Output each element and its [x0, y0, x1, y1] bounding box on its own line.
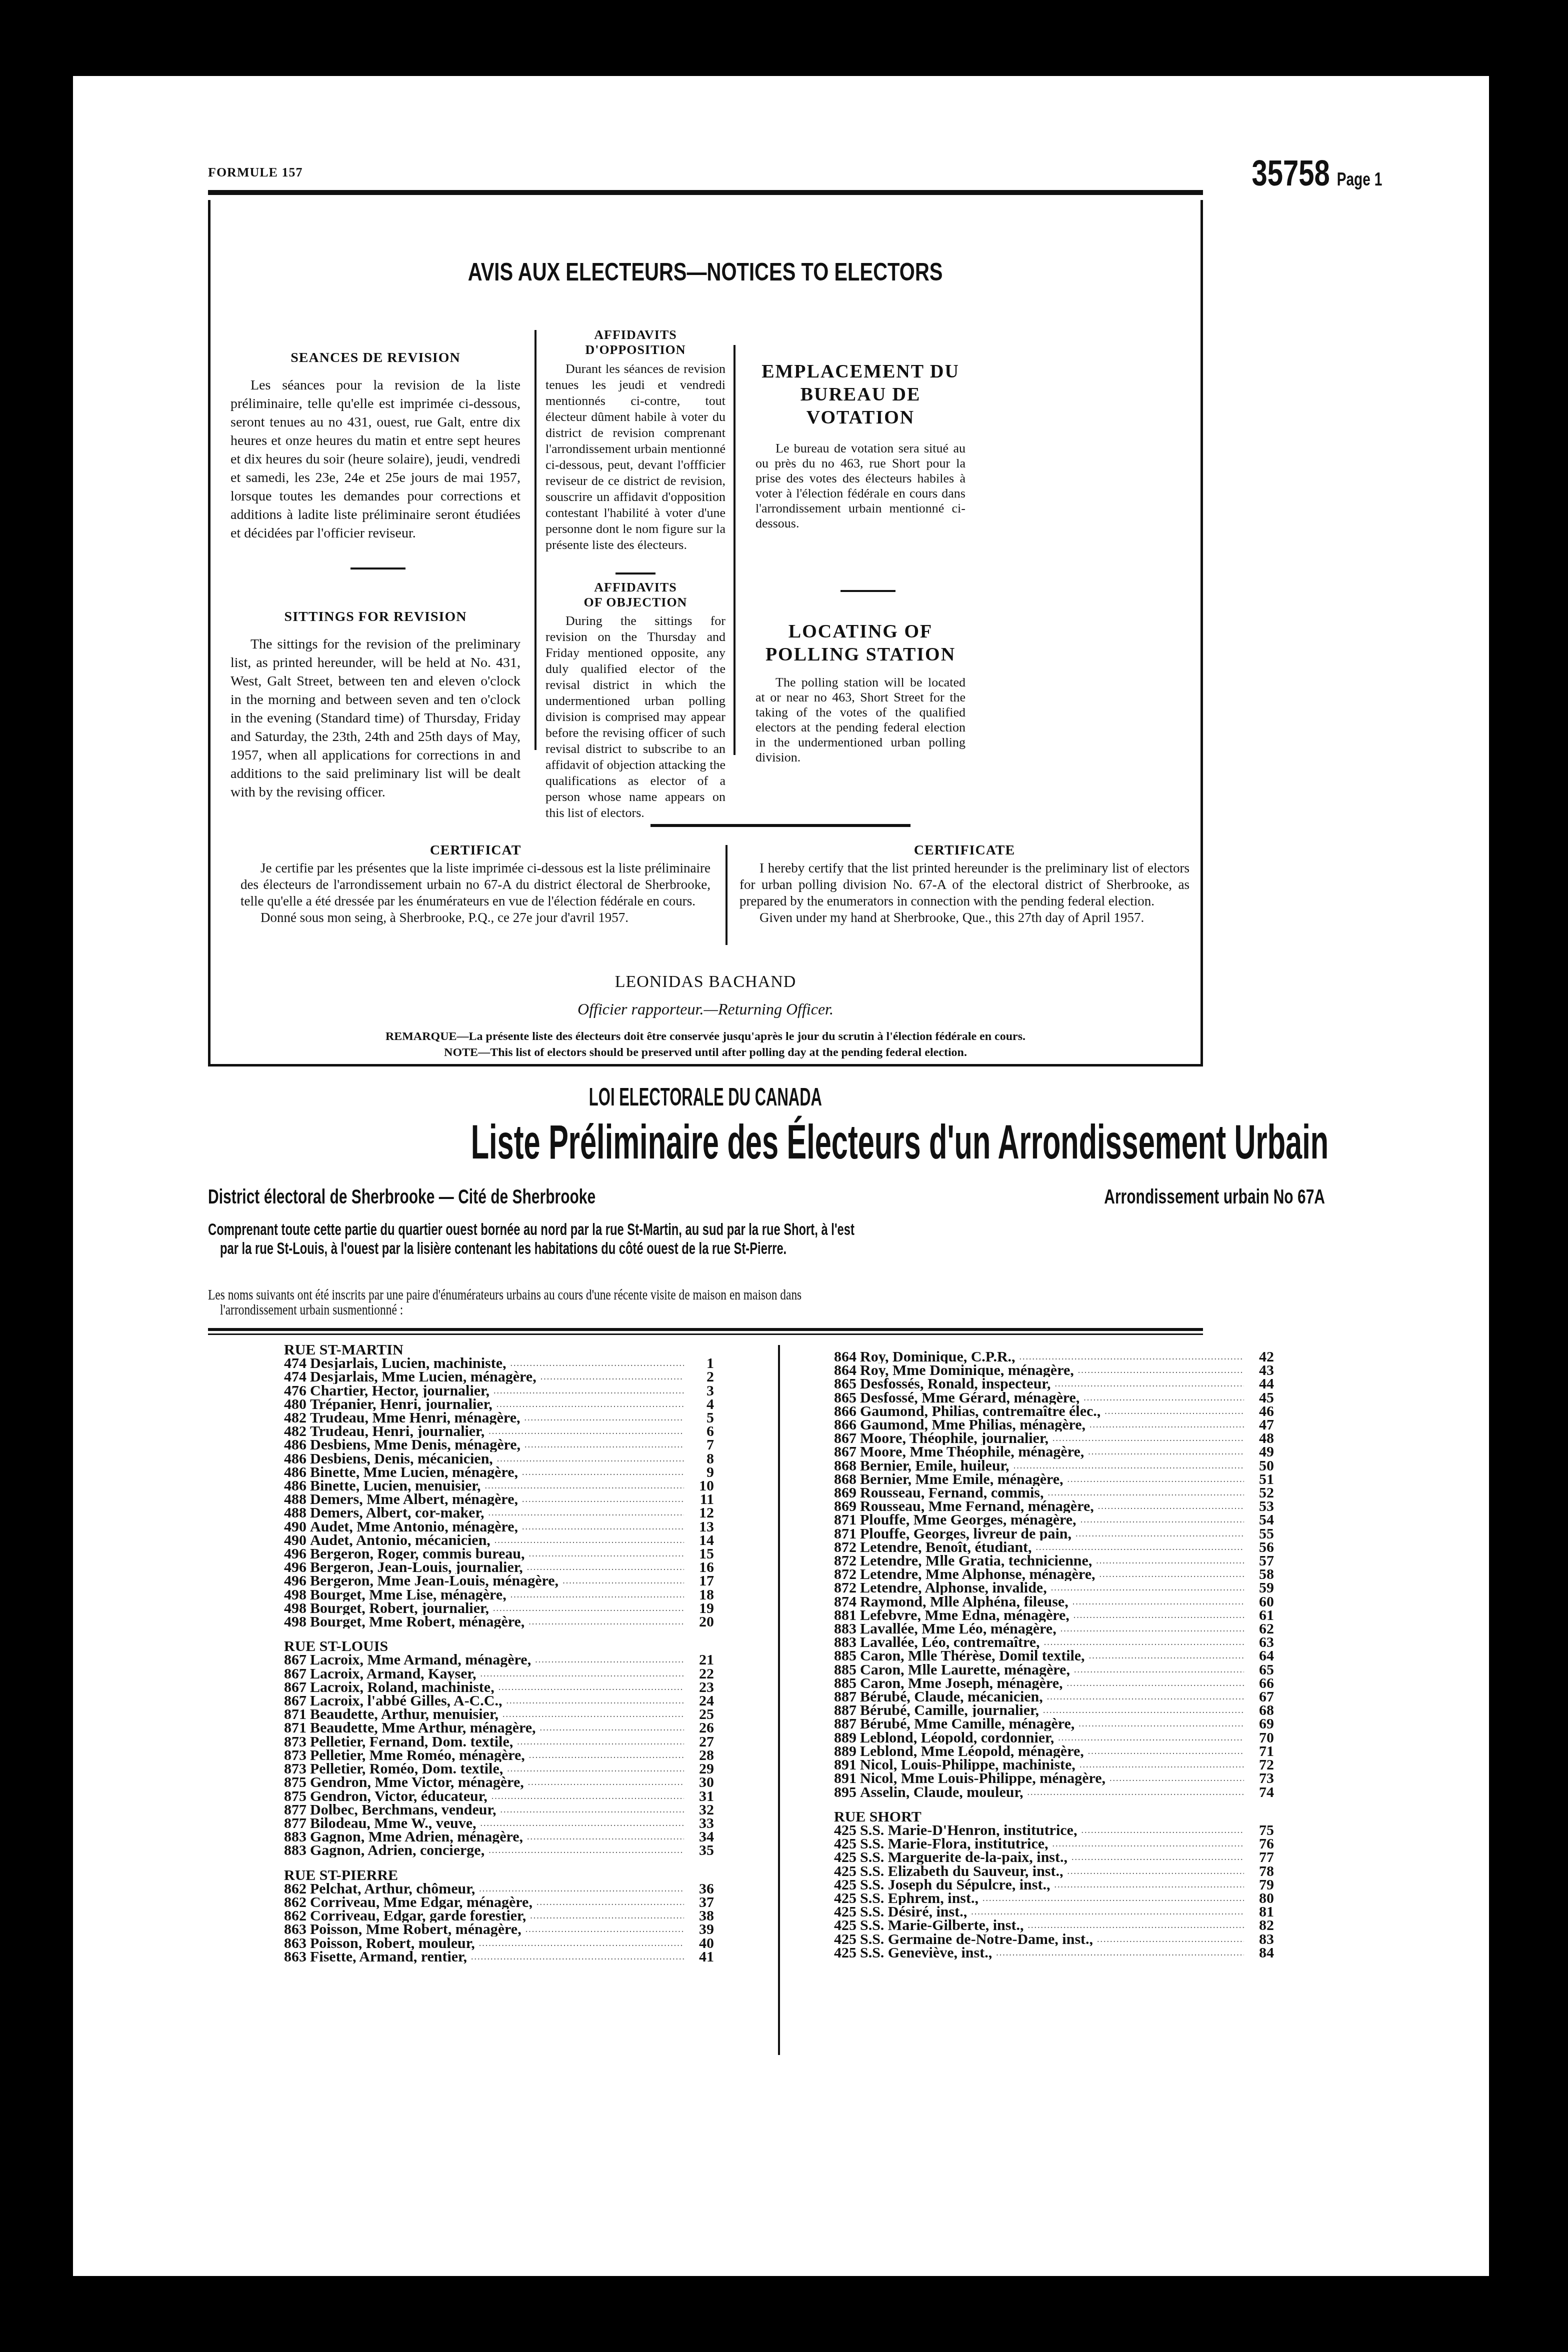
- house-number: 883: [284, 1843, 310, 1857]
- elector-row: 482Trudeau, Henri, journalier,6: [284, 1424, 714, 1438]
- leader-dots: [996, 1946, 1244, 1959]
- elector-row: 868Bernier, Emile, huileur,50: [834, 1459, 1274, 1472]
- street-heading: RUE ST-LOUIS: [284, 1639, 714, 1653]
- house-number: 867: [834, 1431, 860, 1445]
- leader-dots: [1067, 1472, 1244, 1486]
- elector-name: Lacroix, Armand, Kayser,: [310, 1667, 476, 1680]
- elector-name: Desjarlais, Mme Lucien, ménagère,: [310, 1370, 536, 1383]
- elector-number: 81: [1248, 1905, 1274, 1918]
- leader-dots: [522, 1465, 684, 1479]
- elector-row: 871Beaudette, Mme Arthur, ménagère,26: [284, 1721, 714, 1734]
- elector-name: S.S. Désiré, inst.,: [860, 1905, 967, 1918]
- elector-number: 82: [1248, 1918, 1274, 1932]
- elector-row: 486Desbiens, Denis, mécanicien,8: [284, 1452, 714, 1465]
- house-number: 488: [284, 1492, 310, 1506]
- elector-number: 57: [1248, 1554, 1274, 1567]
- elector-number: 72: [1248, 1758, 1274, 1771]
- house-number: 868: [834, 1472, 860, 1486]
- elector-name: Letendre, Mlle Gratia, technicienne,: [860, 1554, 1092, 1567]
- leader-dots: [494, 1533, 684, 1547]
- house-number: 490: [284, 1520, 310, 1533]
- elector-number: 10: [688, 1479, 714, 1492]
- elector-number: 50: [1248, 1459, 1274, 1472]
- leader-dots: [506, 1694, 684, 1707]
- elector-row: 891Nicol, Mme Louis-Philippe, ménagère,7…: [834, 1771, 1274, 1785]
- elector-row: 486Desbiens, Mme Denis, ménagère,7: [284, 1438, 714, 1451]
- leader-dots: [562, 1574, 684, 1587]
- elector-row: 873Pelletier, Fernand, Dom. textile,27: [284, 1735, 714, 1748]
- house-number: 887: [834, 1690, 860, 1703]
- affidavits-opposition-heading: AFFIDAVITSD'OPPOSITION: [545, 327, 725, 357]
- house-number: 883: [284, 1830, 310, 1843]
- elector-number: 53: [1248, 1499, 1274, 1513]
- leader-dots: [1054, 1878, 1244, 1891]
- leader-dots: [1098, 1499, 1244, 1513]
- elector-row: 887Bérubé, Claude, mécanicien,67: [834, 1690, 1274, 1703]
- elector-name: S.S. Germaine de-Notre-Dame, inst.,: [860, 1932, 1093, 1946]
- leader-dots: [1013, 1459, 1244, 1472]
- leader-dots: [1060, 1622, 1244, 1635]
- elector-row: 881Lefebvre, Mme Edna, ménagère,61: [834, 1608, 1274, 1622]
- elector-row: 474Desjarlais, Lucien, machiniste,1: [284, 1356, 714, 1370]
- elector-number: 64: [1248, 1649, 1274, 1662]
- elector-number: 40: [688, 1936, 714, 1950]
- leader-dots: [471, 1950, 684, 1963]
- elector-name: Nicol, Mme Louis-Philippe, ménagère,: [860, 1771, 1105, 1785]
- elector-name: Poisson, Robert, mouleur,: [310, 1936, 475, 1950]
- house-number: 476: [284, 1384, 310, 1397]
- elector-number: 63: [1248, 1635, 1274, 1649]
- elector-name: Leblond, Léopold, cordonnier,: [860, 1731, 1054, 1744]
- leader-dots: [1081, 1823, 1244, 1837]
- elector-row: 865Desfossés, Ronald, inspecteur,44: [834, 1377, 1274, 1390]
- leader-dots: [510, 1356, 684, 1370]
- elector-number: 62: [1248, 1622, 1274, 1635]
- column-rule: [534, 330, 536, 750]
- house-number: 889: [834, 1731, 860, 1744]
- elector-name: Plouffe, Mme Georges, ménagère,: [860, 1513, 1076, 1526]
- house-number: 425: [834, 1946, 860, 1959]
- house-number: 425: [834, 1918, 860, 1932]
- elector-row: 496Bergeron, Jean-Louis, journalier,16: [284, 1560, 714, 1574]
- divider: [350, 567, 405, 569]
- house-number: 873: [284, 1735, 310, 1748]
- leader-dots: [1052, 1837, 1244, 1850]
- emplacement-body: Le bureau de votation sera situé au ou p…: [755, 441, 965, 531]
- affidavits-objection-body: During the sittings for revision on the …: [545, 613, 725, 821]
- elector-row: 869Rousseau, Mme Fernand, ménagère,53: [834, 1499, 1274, 1513]
- elector-row: 425S.S. Germaine de-Notre-Dame, inst.,83: [834, 1932, 1274, 1946]
- elector-number: 42: [1248, 1350, 1274, 1363]
- leader-dots: [525, 1922, 684, 1936]
- house-number: 867: [834, 1445, 860, 1458]
- seances-body: Les séances pour la revision de la liste…: [230, 376, 520, 542]
- leader-dots: [480, 1667, 684, 1680]
- elector-name: S.S. Marie-Flora, institutrice,: [860, 1837, 1048, 1850]
- elector-row: 872Letendre, Mme Alphonse, ménagère,58: [834, 1567, 1274, 1581]
- elector-row: 875Gendron, Mme Victor, ménagère,30: [284, 1775, 714, 1789]
- elector-number: 48: [1248, 1431, 1274, 1445]
- leader-dots: [1083, 1391, 1244, 1404]
- elector-number: 39: [688, 1922, 714, 1936]
- house-number: 425: [834, 1850, 860, 1864]
- elector-number: 1: [688, 1356, 714, 1370]
- house-number: 872: [834, 1581, 860, 1594]
- house-number: 877: [284, 1816, 310, 1830]
- elector-number: 16: [688, 1560, 714, 1574]
- electors-column-left: RUE ST-MARTIN474Desjarlais, Lucien, mach…: [284, 1343, 714, 1963]
- list-rule: [208, 1328, 1203, 1331]
- elector-row: 877Bilodeau, Mme W., veuve,33: [284, 1816, 714, 1830]
- elector-name: Raymond, Mlle Alphéna, fileuse,: [860, 1595, 1068, 1608]
- elector-row: 425S.S. Ephrem, inst.,80: [834, 1891, 1274, 1905]
- leader-dots: [1048, 1486, 1244, 1499]
- elector-row: 425S.S. Marguerite de-la-paix, inst.,77: [834, 1850, 1274, 1864]
- leader-dots: [491, 1789, 684, 1803]
- leader-dots: [480, 1816, 684, 1830]
- house-number: 496: [284, 1574, 310, 1587]
- elector-row: 862Corriveau, Edgar, garde forestier,38: [284, 1909, 714, 1922]
- elector-number: 26: [688, 1721, 714, 1734]
- elector-number: 56: [1248, 1540, 1274, 1554]
- elector-name: Lacroix, Roland, machiniste,: [310, 1680, 494, 1694]
- elector-row: 488Demers, Mme Albert, ménagère,11: [284, 1492, 714, 1506]
- elector-name: Lavallée, Léo, contremaître,: [860, 1635, 1040, 1649]
- leader-dots: [528, 1775, 684, 1789]
- leader-dots: [1073, 1608, 1244, 1622]
- house-number: 498: [284, 1601, 310, 1615]
- elector-number: 31: [688, 1789, 714, 1803]
- elector-number: 60: [1248, 1595, 1274, 1608]
- house-number: 895: [834, 1785, 860, 1799]
- elector-name: Pelchat, Arthur, chômeur,: [310, 1882, 475, 1895]
- note: NOTE—This list of electors should be pre…: [210, 1045, 1200, 1060]
- elector-number: 9: [688, 1465, 714, 1479]
- elector-number: 41: [688, 1950, 714, 1963]
- elector-name: Lacroix, Mme Armand, ménagère,: [310, 1653, 531, 1666]
- leader-dots: [524, 1438, 684, 1451]
- elector-row: 498Bourget, Mme Robert, ménagère,20: [284, 1615, 714, 1628]
- elector-number: 69: [1248, 1717, 1274, 1730]
- elector-number: 29: [688, 1762, 714, 1775]
- elector-number: 15: [688, 1547, 714, 1560]
- intro-text: Les noms suivants ont été inscrits par u…: [208, 1287, 1203, 1317]
- elector-name: Bérubé, Mme Camille, ménagère,: [860, 1717, 1074, 1730]
- house-number: 867: [284, 1680, 310, 1694]
- certificate-body: I hereby certify that the list printed h…: [739, 860, 1189, 926]
- elector-row: 425S.S. Marie-Flora, institutrice,76: [834, 1837, 1274, 1850]
- elector-row: 883Lavallée, Mme Léo, ménagère,62: [834, 1622, 1274, 1635]
- elector-name: Beaudette, Arthur, menuisier,: [310, 1707, 498, 1721]
- house-number: 866: [834, 1404, 860, 1418]
- elector-number: 6: [688, 1424, 714, 1438]
- elector-row: 895Asselin, Claude, mouleur,74: [834, 1785, 1274, 1799]
- elector-row: 887Bérubé, Camille, journalier,68: [834, 1703, 1274, 1717]
- leader-dots: [1072, 1595, 1244, 1608]
- elector-name: Moore, Théophile, journalier,: [860, 1431, 1048, 1445]
- elector-name: Trépanier, Henri, journalier,: [310, 1397, 492, 1411]
- elector-name: Bérubé, Camille, journalier,: [860, 1703, 1039, 1717]
- elector-number: 20: [688, 1615, 714, 1628]
- elector-row: 490Audet, Mme Antonio, ménagère,13: [284, 1520, 714, 1533]
- elector-name: Lefebvre, Mme Edna, ménagère,: [860, 1608, 1069, 1622]
- elector-row: 863Fisette, Armand, rentier,41: [284, 1950, 714, 1963]
- affidavits-objection-heading: AFFIDAVITSOF OBJECTION: [545, 580, 725, 610]
- leader-dots: [971, 1905, 1244, 1918]
- elector-number: 33: [688, 1816, 714, 1830]
- elector-row: 871Beaudette, Arthur, menuisier,25: [284, 1707, 714, 1721]
- house-number: 875: [284, 1789, 310, 1803]
- elector-name: Moore, Mme Théophile, ménagère,: [860, 1445, 1084, 1458]
- emplacement-heading: EMPLACEMENT DU BUREAU DE VOTATION: [755, 360, 965, 429]
- elector-number: 49: [1248, 1445, 1274, 1458]
- house-number: 425: [834, 1891, 860, 1905]
- elector-number: 79: [1248, 1878, 1274, 1891]
- elector-name: Asselin, Claude, mouleur,: [860, 1785, 1023, 1799]
- divider: [615, 572, 655, 574]
- leader-dots: [530, 1909, 684, 1922]
- house-number: 425: [834, 1864, 860, 1878]
- elector-row: 863Poisson, Robert, mouleur,40: [284, 1936, 714, 1950]
- elector-name: Demers, Mme Albert, ménagère,: [310, 1492, 518, 1506]
- elector-name: Plouffe, Georges, livreur de pain,: [860, 1527, 1071, 1540]
- elector-name: Pelletier, Mme Roméo, ménagère,: [310, 1748, 525, 1762]
- elector-row: 867Lacroix, Roland, machiniste,23: [284, 1680, 714, 1694]
- elector-number: 77: [1248, 1850, 1274, 1864]
- leader-dots: [1058, 1731, 1244, 1744]
- divider: [650, 824, 910, 827]
- elector-name: Rousseau, Mme Fernand, ménagère,: [860, 1499, 1094, 1513]
- house-number: 885: [834, 1649, 860, 1662]
- elector-row: 883Gagnon, Adrien, concierge,35: [284, 1843, 714, 1857]
- elector-name: Demers, Albert, cor-maker,: [310, 1506, 484, 1519]
- house-number: 488: [284, 1506, 310, 1519]
- elector-row: 872Letendre, Benoît, étudiant,56: [834, 1540, 1274, 1554]
- sittings-body: The sittings for the revision of the pre…: [230, 635, 520, 801]
- elector-row: 862Pelchat, Arthur, chômeur,36: [284, 1882, 714, 1895]
- leader-dots: [493, 1601, 684, 1615]
- affidavits-opposition-body: Durant les séances de revision tenues le…: [545, 361, 725, 553]
- elector-name: Pelletier, Roméo, Dom. textile,: [310, 1762, 503, 1775]
- elector-name: Desfossé, Mme Gérard, ménagère,: [860, 1391, 1079, 1404]
- elector-row: 872Letendre, Mlle Gratia, technicienne,5…: [834, 1554, 1274, 1567]
- house-number: 864: [834, 1363, 860, 1377]
- house-number: 425: [834, 1823, 860, 1837]
- elector-row: 486Binette, Lucien, menuisier,10: [284, 1479, 714, 1492]
- house-number: 869: [834, 1499, 860, 1513]
- elector-number: 25: [688, 1707, 714, 1721]
- elector-number: 17: [688, 1574, 714, 1587]
- leader-dots: [1036, 1540, 1244, 1554]
- elector-name: Letendre, Mme Alphonse, ménagère,: [860, 1567, 1095, 1581]
- house-number: 496: [284, 1560, 310, 1574]
- elector-name: Letendre, Benoît, étudiant,: [860, 1540, 1032, 1554]
- leader-dots: [517, 1735, 684, 1748]
- elector-number: 2: [688, 1370, 714, 1383]
- elector-name: Beaudette, Mme Arthur, ménagère,: [310, 1721, 536, 1734]
- house-number: 425: [834, 1878, 860, 1891]
- elector-row: 498Bourget, Mme Lise, ménagère,18: [284, 1588, 714, 1601]
- district-label: District électoral de Sherbrooke — Cité …: [208, 1186, 725, 1208]
- house-number: 874: [834, 1595, 860, 1608]
- elector-name: Desfossés, Ronald, inspecteur,: [860, 1377, 1050, 1390]
- elector-number: 32: [688, 1803, 714, 1816]
- house-number: 883: [834, 1635, 860, 1649]
- house-number: 889: [834, 1744, 860, 1758]
- elector-row: 885Caron, Mlle Thérèse, Domil textile,64: [834, 1649, 1274, 1662]
- elector-number: 80: [1248, 1891, 1274, 1905]
- elector-name: Poisson, Mme Robert, ménagère,: [310, 1922, 521, 1936]
- house-number: 486: [284, 1452, 310, 1465]
- elector-number: 55: [1248, 1527, 1274, 1540]
- leader-dots: [1074, 1663, 1244, 1676]
- elector-number: 7: [688, 1438, 714, 1451]
- elector-number: 54: [1248, 1513, 1274, 1526]
- elector-row: 885Caron, Mme Joseph, ménagère,66: [834, 1676, 1274, 1690]
- elector-name: Bernier, Emile, huileur,: [860, 1459, 1009, 1472]
- elector-number: 68: [1248, 1703, 1274, 1717]
- leader-dots: [493, 1384, 684, 1397]
- elector-row: 867Lacroix, Armand, Kayser,22: [284, 1667, 714, 1680]
- elector-name: Binette, Mme Lucien, ménagère,: [310, 1465, 518, 1479]
- elector-number: 27: [688, 1735, 714, 1748]
- leader-dots: [1099, 1567, 1244, 1581]
- leader-dots: [1019, 1350, 1244, 1363]
- elector-name: Chartier, Hector, journalier,: [310, 1384, 489, 1397]
- form-label: FORMULE 157: [208, 165, 302, 180]
- elector-number: 35: [688, 1843, 714, 1857]
- elector-name: Gagnon, Adrien, concierge,: [310, 1843, 484, 1857]
- house-number: 871: [284, 1707, 310, 1721]
- street-heading: RUE ST-PIERRE: [284, 1868, 714, 1882]
- house-number: 425: [834, 1837, 860, 1850]
- elector-name: S.S. Marguerite de-la-paix, inst.,: [860, 1850, 1067, 1864]
- list-title: Liste Préliminaire des Électeurs d'un Ar…: [208, 1115, 1203, 1170]
- elector-name: S.S. Elizabeth du Sauveur, inst.,: [860, 1864, 1063, 1878]
- house-number: 480: [284, 1397, 310, 1411]
- leader-dots: [529, 1748, 684, 1762]
- house-number: 867: [284, 1653, 310, 1666]
- elector-name: Nicol, Louis-Philippe, machiniste,: [860, 1758, 1075, 1771]
- leader-dots: [527, 1560, 684, 1574]
- top-rule: [208, 190, 1203, 195]
- house-number: 865: [834, 1377, 860, 1390]
- elector-name: Audet, Antonio, mécanicien,: [310, 1533, 490, 1547]
- street-heading: RUE ST-MARTIN: [284, 1343, 714, 1356]
- signatory-name: LEONIDAS BACHAND: [210, 972, 1200, 991]
- leader-dots: [536, 1895, 684, 1909]
- house-number: 482: [284, 1424, 310, 1438]
- leader-dots: [1027, 1918, 1244, 1932]
- locating-heading: LOCATING OF POLLING STATION: [755, 620, 965, 666]
- house-number: 486: [284, 1465, 310, 1479]
- elector-row: 866Gaumond, Philias, contremaître élec.,…: [834, 1404, 1274, 1418]
- leader-dots: [497, 1452, 684, 1465]
- leader-dots: [522, 1492, 684, 1506]
- house-number: 873: [284, 1762, 310, 1775]
- elector-row: 874Raymond, Mlle Alphéna, fileuse,60: [834, 1595, 1274, 1608]
- leader-dots: [528, 1615, 684, 1628]
- leader-dots: [1051, 1581, 1244, 1594]
- remarque: REMARQUE—La présente liste des électeurs…: [210, 1029, 1200, 1044]
- elector-name: Rousseau, Fernand, commis,: [860, 1486, 1044, 1499]
- leader-dots: [1047, 1690, 1244, 1703]
- leader-dots: [502, 1707, 684, 1721]
- elector-number: 21: [688, 1653, 714, 1666]
- elector-number: 22: [688, 1667, 714, 1680]
- elector-row: 425S.S. Marie-D'Henron, institutrice,75: [834, 1823, 1274, 1837]
- elector-number: 8: [688, 1452, 714, 1465]
- house-number: 425: [834, 1905, 860, 1918]
- elector-number: 52: [1248, 1486, 1274, 1499]
- serial-value: 35758: [1251, 153, 1329, 193]
- column-rule: [778, 1345, 780, 2055]
- elector-row: 864Roy, Dominique, C.P.R.,42: [834, 1350, 1274, 1363]
- leader-dots: [1078, 1363, 1244, 1377]
- elector-number: 37: [688, 1895, 714, 1909]
- elector-row: 425S.S. Joseph du Sépulcre, inst.,79: [834, 1878, 1274, 1891]
- elector-row: 875Gendron, Victor, éducateur,31: [284, 1789, 714, 1803]
- certificat-heading: CERTIFICAT: [240, 842, 710, 858]
- column-rule: [733, 345, 735, 755]
- house-number: 891: [834, 1771, 860, 1785]
- elector-number: 73: [1248, 1771, 1274, 1785]
- elector-row: 867Lacroix, l'abbé Gilles, A-C.C.,24: [284, 1694, 714, 1707]
- leader-dots: [1089, 1418, 1244, 1431]
- elector-name: Trudeau, Mme Henri, ménagère,: [310, 1411, 520, 1424]
- house-number: 865: [834, 1391, 860, 1404]
- leader-dots: [522, 1520, 684, 1533]
- elector-row: 867Lacroix, Mme Armand, ménagère,21: [284, 1653, 714, 1666]
- elector-name: Gendron, Victor, éducateur,: [310, 1789, 487, 1803]
- house-number: 866: [834, 1418, 860, 1431]
- elector-name: Bourget, Robert, journalier,: [310, 1601, 489, 1615]
- elector-number: 66: [1248, 1676, 1274, 1690]
- elector-name: S.S. Ephrem, inst.,: [860, 1891, 978, 1905]
- elector-row: 889Leblond, Mme Léopold, ménagère,71: [834, 1744, 1274, 1758]
- elector-number: 19: [688, 1601, 714, 1615]
- elector-row: 498Bourget, Robert, journalier,19: [284, 1601, 714, 1615]
- elector-name: Leblond, Mme Léopold, ménagère,: [860, 1744, 1084, 1758]
- elector-row: 891Nicol, Louis-Philippe, machiniste,72: [834, 1758, 1274, 1771]
- house-number: 871: [834, 1527, 860, 1540]
- elector-number: 44: [1248, 1377, 1274, 1390]
- elector-name: Gendron, Mme Victor, ménagère,: [310, 1775, 524, 1789]
- house-number: 863: [284, 1922, 310, 1936]
- house-number: 486: [284, 1438, 310, 1451]
- elector-name: Caron, Mme Joseph, ménagère,: [860, 1676, 1063, 1690]
- elector-row: 871Plouffe, Georges, livreur de pain,55: [834, 1527, 1274, 1540]
- elector-number: 46: [1248, 1404, 1274, 1418]
- elector-row: 480Trépanier, Henri, journalier,4: [284, 1397, 714, 1411]
- house-number: 867: [284, 1667, 310, 1680]
- house-number: 863: [284, 1950, 310, 1963]
- elector-number: 84: [1248, 1946, 1274, 1959]
- elector-row: 883Gagnon, Mme Adrien, ménagère,34: [284, 1830, 714, 1843]
- elector-name: Gaumond, Philias, contremaître élec.,: [860, 1404, 1100, 1418]
- leader-dots: [500, 1803, 684, 1816]
- law-title: LOI ELECTORALE DU CANADA: [208, 1082, 1203, 1111]
- serial-number: 35758Page 1: [1251, 153, 1382, 194]
- house-number: 862: [284, 1882, 310, 1895]
- locating-body: The polling station will be located at o…: [755, 675, 965, 765]
- house-number: 863: [284, 1936, 310, 1950]
- house-number: 891: [834, 1758, 860, 1771]
- elector-name: Lacroix, l'abbé Gilles, A-C.C.,: [310, 1694, 502, 1707]
- house-number: 871: [284, 1721, 310, 1734]
- leader-dots: [496, 1397, 684, 1411]
- house-number: 869: [834, 1486, 860, 1499]
